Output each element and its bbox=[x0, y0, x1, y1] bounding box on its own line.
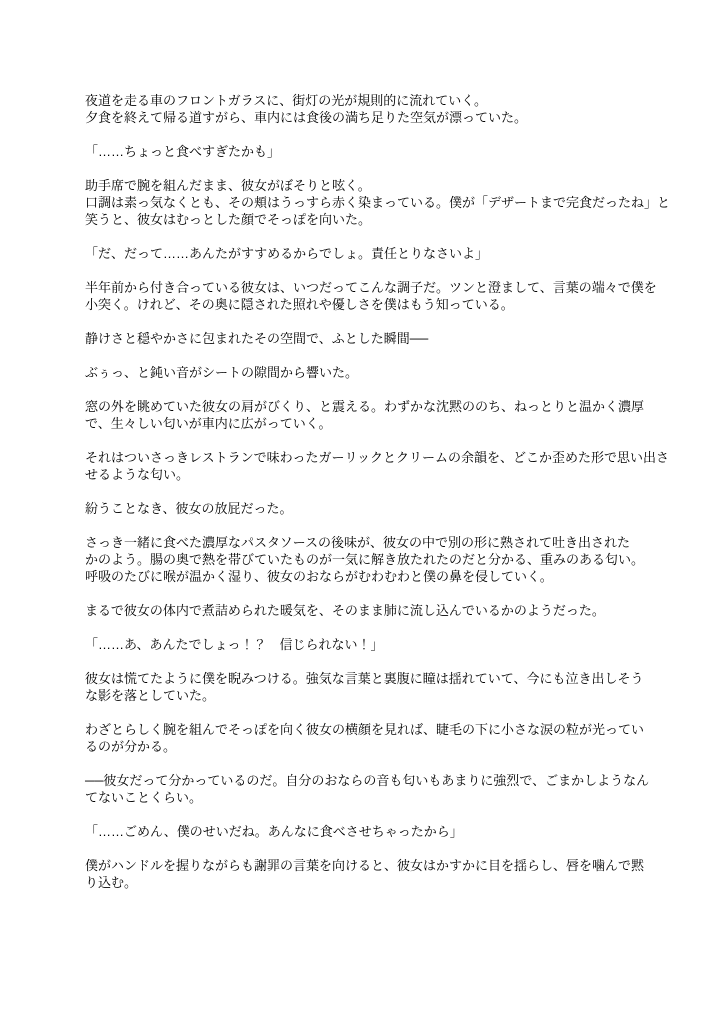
text-line: 紛うことなき、彼女の放屁だった。 bbox=[85, 500, 650, 517]
paragraph: 「……ちょっと食べすぎたかも」 bbox=[85, 143, 650, 160]
paragraph: 紛うことなき、彼女の放屁だった。 bbox=[85, 500, 650, 517]
text-line: まるで彼女の体内で煮詰められた暖気を、そのまま肺に流し込んでいるかのようだった。 bbox=[85, 602, 650, 619]
text-line: さっき一緒に食べた濃厚なパスタソースの後味が、彼女の中で別の形に熟されて吐き出さ… bbox=[85, 534, 650, 551]
paragraph: 静けさと穏やかさに包まれたその空間で、ふとした瞬間── bbox=[85, 330, 650, 347]
text-line: 半年前から付き合っている彼女は、いつだってこんな調子だ。ツンと澄まして、言葉の端… bbox=[85, 279, 650, 296]
text-line: 「……あ、あんたでしょっ！？ 信じられない！」 bbox=[85, 636, 650, 653]
paragraph: 半年前から付き合っている彼女は、いつだってこんな調子だ。ツンと澄まして、言葉の端… bbox=[85, 279, 650, 313]
text-line: 笑うと、彼女はむっとした顔でそっぽを向いた。 bbox=[85, 211, 650, 228]
text-line: 僕がハンドルを握りながらも謝罪の言葉を向けると、彼女はかすかに目を揺らし、唇を噛… bbox=[85, 857, 650, 874]
text-line: かのよう。腸の奥で熱を帯びていたものが一気に解き放たれたのだと分かる、重みのある… bbox=[85, 551, 650, 568]
paragraph: ──彼女だって分かっているのだ。自分のおならの音も匂いもあまりに強烈で、ごまかし… bbox=[85, 772, 650, 806]
paragraph: 窓の外を眺めていた彼女の肩がびくり、と震える。わずかな沈黙ののち、ねっとりと温か… bbox=[85, 398, 650, 432]
document-page: 夜道を走る車のフロントガラスに、街灯の光が規則的に流れていく。夕食を終えて帰る道… bbox=[0, 0, 725, 1024]
paragraph: 助手席で腕を組んだまま、彼女がぼそりと呟く。口調は素っ気なくとも、その頬はうっす… bbox=[85, 177, 650, 228]
text-line: せるような匂い。 bbox=[85, 466, 650, 483]
paragraph: 「だ、だって……あんたがすすめるからでしょ。責任とりなさいよ」 bbox=[85, 245, 650, 262]
text-line: てないことくらい。 bbox=[85, 789, 650, 806]
paragraph: 僕がハンドルを握りながらも謝罪の言葉を向けると、彼女はかすかに目を揺らし、唇を噛… bbox=[85, 857, 650, 891]
paragraph: 「……あ、あんたでしょっ！？ 信じられない！」 bbox=[85, 636, 650, 653]
paragraph: それはついさっきレストランで味わったガーリックとクリームの余韻を、どこか歪めた形… bbox=[85, 449, 650, 483]
text-line: わざとらしく腕を組んでそっぽを向く彼女の横顔を見れば、睫毛の下に小さな涙の粒が光… bbox=[85, 721, 650, 738]
text-line: 「だ、だって……あんたがすすめるからでしょ。責任とりなさいよ」 bbox=[85, 245, 650, 262]
text-line: ──彼女だって分かっているのだ。自分のおならの音も匂いもあまりに強烈で、ごまかし… bbox=[85, 772, 650, 789]
text-line: 彼女は慌てたように僕を睨みつける。強気な言葉と裏腹に瞳は揺れていて、今にも泣き出… bbox=[85, 670, 650, 687]
paragraph: まるで彼女の体内で煮詰められた暖気を、そのまま肺に流し込んでいるかのようだった。 bbox=[85, 602, 650, 619]
text-line: るのが分かる。 bbox=[85, 738, 650, 755]
paragraph: 「……ごめん、僕のせいだね。あんなに食べさせちゃったから」 bbox=[85, 823, 650, 840]
text-line: 「……ごめん、僕のせいだね。あんなに食べさせちゃったから」 bbox=[85, 823, 650, 840]
paragraph: わざとらしく腕を組んでそっぽを向く彼女の横顔を見れば、睫毛の下に小さな涙の粒が光… bbox=[85, 721, 650, 755]
paragraph: 彼女は慌てたように僕を睨みつける。強気な言葉と裏腹に瞳は揺れていて、今にも泣き出… bbox=[85, 670, 650, 704]
text-line: で、生々しい匂いが車内に広がっていく。 bbox=[85, 415, 650, 432]
text-line: 「……ちょっと食べすぎたかも」 bbox=[85, 143, 650, 160]
text-line: 夜道を走る車のフロントガラスに、街灯の光が規則的に流れていく。 bbox=[85, 92, 650, 109]
text-line: 口調は素っ気なくとも、その頬はうっすら赤く染まっている。僕が「デザートまで完食だ… bbox=[85, 194, 650, 211]
text-line: 夕食を終えて帰る道すがら、車内には食後の満ち足りた空気が漂っていた。 bbox=[85, 109, 650, 126]
paragraph: さっき一緒に食べた濃厚なパスタソースの後味が、彼女の中で別の形に熟されて吐き出さ… bbox=[85, 534, 650, 585]
paragraph: ぶぅっ、と鈍い音がシートの隙間から響いた。 bbox=[85, 364, 650, 381]
paragraph: 夜道を走る車のフロントガラスに、街灯の光が規則的に流れていく。夕食を終えて帰る道… bbox=[85, 92, 650, 126]
text-line: 呼吸のたびに喉が温かく湿り、彼女のおならがむわむわと僕の鼻を侵していく。 bbox=[85, 568, 650, 585]
text-line: な影を落としていた。 bbox=[85, 687, 650, 704]
text-line: ぶぅっ、と鈍い音がシートの隙間から響いた。 bbox=[85, 364, 650, 381]
text-line: 助手席で腕を組んだまま、彼女がぼそりと呟く。 bbox=[85, 177, 650, 194]
text-line: 窓の外を眺めていた彼女の肩がびくり、と震える。わずかな沈黙ののち、ねっとりと温か… bbox=[85, 398, 650, 415]
text-line: り込む。 bbox=[85, 874, 650, 891]
story-text-block: 夜道を走る車のフロントガラスに、街灯の光が規則的に流れていく。夕食を終えて帰る道… bbox=[85, 92, 650, 908]
text-line: それはついさっきレストランで味わったガーリックとクリームの余韻を、どこか歪めた形… bbox=[85, 449, 650, 466]
text-line: 小突く。けれど、その奥に隠された照れや優しさを僕はもう知っている。 bbox=[85, 296, 650, 313]
text-line: 静けさと穏やかさに包まれたその空間で、ふとした瞬間── bbox=[85, 330, 650, 347]
